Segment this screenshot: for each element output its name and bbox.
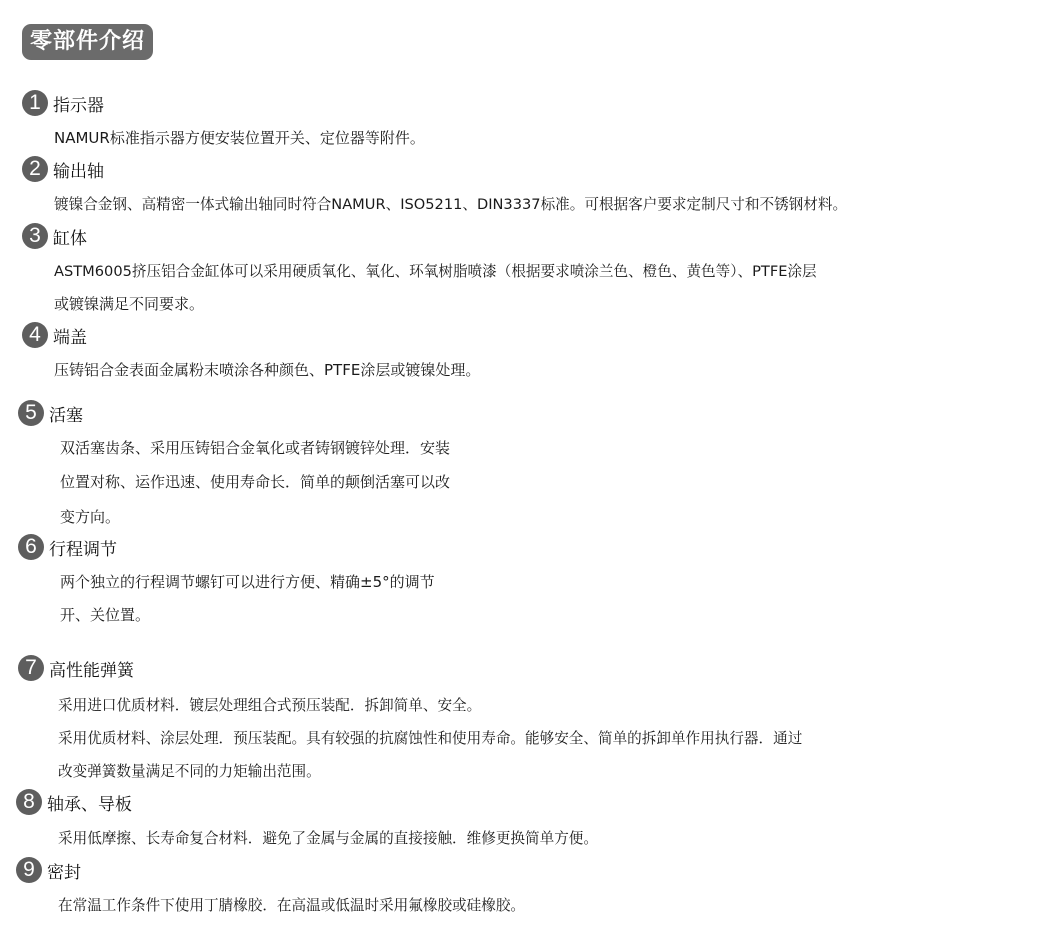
section-text: 采用优质材料、涂层处理．预压装配。具有较强的抗腐蚀性和使用寿命。能够安全、简单的… <box>58 727 802 748</box>
section-text: 镀镍合金钢、高精密一体式输出轴同时符合NAMUR、ISO5211、DIN3337… <box>54 193 847 214</box>
section-text: 两个独立的行程调节螺钉可以进行方便、精确±5°的调节 <box>60 571 435 592</box>
number-4-icon: 4 <box>22 322 48 348</box>
section-text: 开、关位置。 <box>60 604 150 625</box>
section-text: 变方向。 <box>60 506 120 527</box>
number-2-icon: 2 <box>22 156 48 182</box>
section-text: 在常温工作条件下使用丁腈橡胶．在高温或低温时采用氟橡胶或硅橡胶。 <box>58 894 525 915</box>
section-heading-piston: 5 活塞 <box>18 398 83 428</box>
number-9-icon: 9 <box>16 857 42 883</box>
heading-text: 轴承、导板 <box>47 790 132 815</box>
section-heading-indicator: 1 指示器 <box>22 88 104 118</box>
number-5-icon: 5 <box>18 400 44 426</box>
section-heading-bearing-guide: 8 轴承、导板 <box>16 787 132 817</box>
section-heading-spring: 7 高性能弹簧 <box>18 653 134 683</box>
number-1-icon: 1 <box>22 90 48 116</box>
number-6-icon: 6 <box>18 534 44 560</box>
section-text: 采用进口优质材料．镀层处理组合式预压装配．拆卸简单、安全。 <box>58 694 481 715</box>
section-title-badge: 零部件介绍 <box>22 24 153 60</box>
section-text: ASTM6005挤压铝合金缸体可以采用硬质氧化、氧化、环氧树脂喷漆（根据要求喷涂… <box>54 260 817 281</box>
number-7-icon: 7 <box>18 655 44 681</box>
section-text: 改变弹簧数量满足不同的力矩输出范围。 <box>58 760 321 781</box>
section-heading-output-shaft: 2 输出轴 <box>22 154 104 184</box>
section-heading-end-cap: 4 端盖 <box>22 320 87 350</box>
section-text: 或镀镍满足不同要求。 <box>54 293 204 314</box>
section-heading-seal: 9 密封 <box>16 855 81 885</box>
heading-text: 缸体 <box>53 224 87 249</box>
section-heading-cylinder: 3 缸体 <box>22 221 87 251</box>
section-text: 采用低摩擦、长寿命复合材料．避免了金属与金属的直接接触．维修更换简单方便。 <box>58 827 598 848</box>
section-text: 双活塞齿条、采用压铸铝合金氧化或者铸钢镀锌处理．安装 <box>60 437 450 458</box>
heading-text: 高性能弹簧 <box>49 656 134 681</box>
section-text: 位置对称、运作迅速、使用寿命长．简单的颠倒活塞可以改 <box>60 471 450 492</box>
number-8-icon: 8 <box>16 789 42 815</box>
heading-text: 行程调节 <box>49 535 117 560</box>
heading-text: 密封 <box>47 858 81 883</box>
heading-text: 活塞 <box>49 401 83 426</box>
heading-text: 端盖 <box>53 323 87 348</box>
section-text: NAMUR标准指示器方便安装位置开关、定位器等附件。 <box>54 127 425 148</box>
section-heading-stroke-adjustment: 6 行程调节 <box>18 532 117 562</box>
section-text: 压铸铝合金表面金属粉末喷涂各种颜色、PTFE涂层或镀镍处理。 <box>54 359 480 380</box>
number-3-icon: 3 <box>22 223 48 249</box>
heading-text: 指示器 <box>53 91 104 116</box>
heading-text: 输出轴 <box>53 157 104 182</box>
